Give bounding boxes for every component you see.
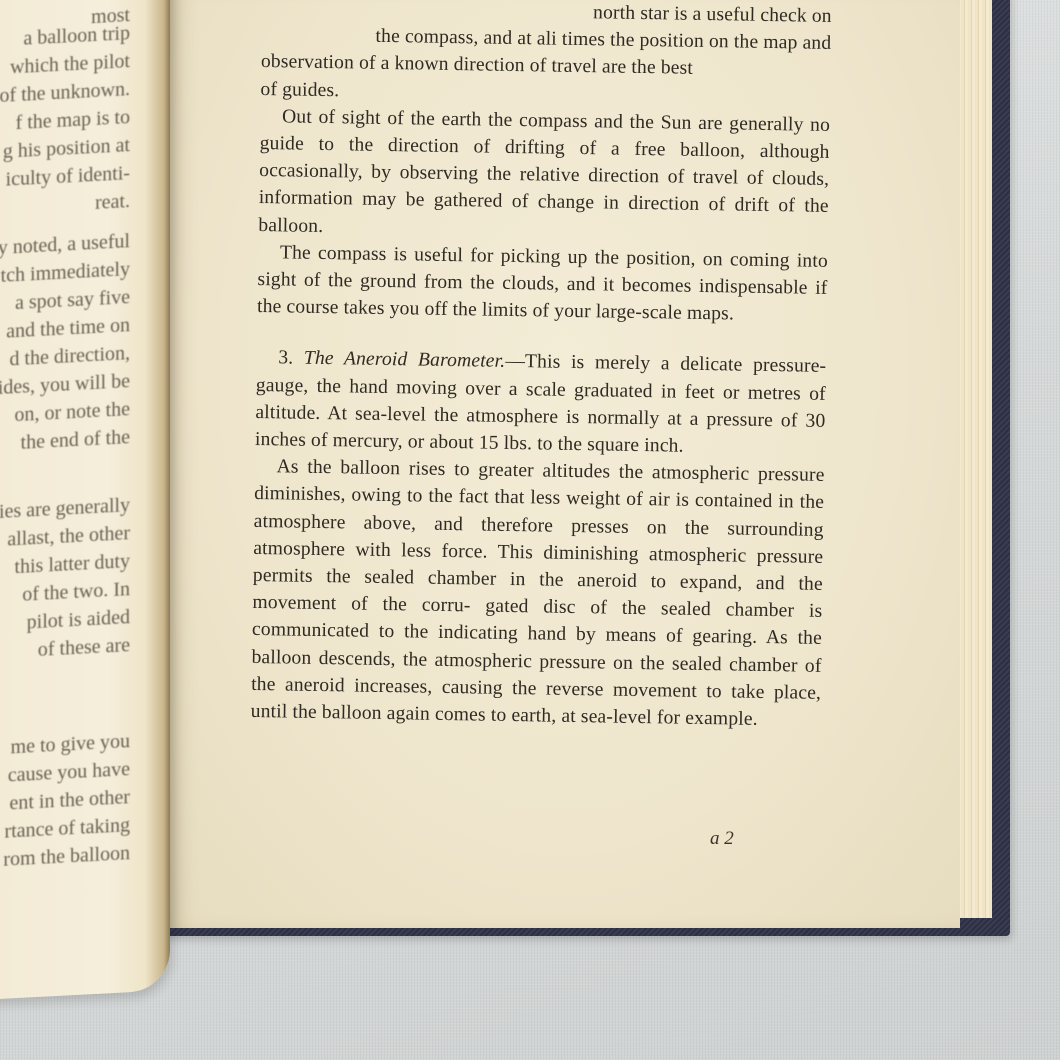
text-line: —This is merely a delicate: [505, 351, 742, 376]
text-line: of your large-scale maps.: [532, 301, 734, 325]
text-line: rom the balloon: [3, 842, 130, 872]
paragraph-2: Out of sight of the earth the compass an…: [258, 103, 830, 248]
text-line: a spot say five: [15, 286, 130, 315]
section-number: 3.: [278, 348, 293, 369]
text-line: allast, the other: [7, 522, 130, 551]
paragraph-3: The compass is useful for picking up the…: [257, 239, 828, 330]
text-line: which the pilot: [10, 50, 130, 79]
text-line: this latter duty: [14, 550, 130, 579]
text-line: Out of sight of the earth the compass an…: [282, 106, 723, 134]
text-line: ies are generally: [0, 494, 130, 524]
text-line: 15 lbs. to the square inch.: [479, 433, 684, 457]
text-line: of the unknown.: [0, 78, 130, 108]
text-line: d the direction,: [9, 342, 130, 371]
signature-mark: a 2: [710, 828, 734, 850]
text-line: north star is a useful check on: [593, 2, 832, 27]
text-line: The compass is useful for picking up the…: [280, 242, 723, 270]
text-line: pilot is aided: [27, 606, 130, 634]
text-line: of guides.: [260, 79, 339, 101]
text-line: the compass, and at ali times the positi…: [375, 26, 831, 54]
text-line: a balloon trip: [23, 22, 130, 51]
text-line: As the balloon rises to greater altitude…: [276, 457, 749, 485]
text-line: of the two. In: [22, 578, 130, 607]
text-line: the end of the: [21, 426, 130, 455]
text-line: and the time on: [6, 314, 130, 343]
text-line: me to give you: [11, 730, 130, 759]
text-line: descends, the atmospheric pressure on th…: [319, 648, 822, 677]
left-page: most a balloon trip which the pilot of t…: [0, 0, 170, 1001]
right-page-text: north star is a useful check on the comp…: [251, 0, 832, 734]
text-line: the aneroid increases, causing the rever…: [251, 674, 765, 703]
text-line: cause you have: [8, 758, 130, 787]
section-title: The Aneroid Barometer.: [304, 348, 506, 372]
text-line: of these are: [38, 634, 130, 662]
text-line: on, or note the: [14, 398, 130, 427]
text-line: tch immediately: [1, 258, 130, 288]
paragraph-1: north star is a useful check on the comp…: [261, 0, 832, 57]
text-line: reat.: [95, 190, 130, 215]
paragraph-1-cont: observation of a known direction of trav…: [260, 48, 831, 111]
text-line: rtance of taking: [5, 814, 131, 844]
left-page-text: most a balloon trip which the pilot of t…: [0, 2, 130, 9]
text-line: f the map is to: [16, 106, 130, 135]
text-line: iculty of identi-: [6, 162, 130, 192]
text-line: observation of a known direction of trav…: [261, 51, 693, 79]
text-line: example.: [685, 708, 758, 730]
section-aneroid-barometer: 3. The Aneroid Barometer.—This is merely…: [255, 344, 827, 462]
paragraph-5: As the balloon rises to greater altitude…: [251, 453, 825, 734]
text-line: ent in the other: [9, 786, 130, 815]
text-line: y noted, a useful: [0, 230, 130, 260]
text-line: ides, you will be: [0, 370, 130, 400]
text-line: g his position at: [3, 134, 130, 164]
